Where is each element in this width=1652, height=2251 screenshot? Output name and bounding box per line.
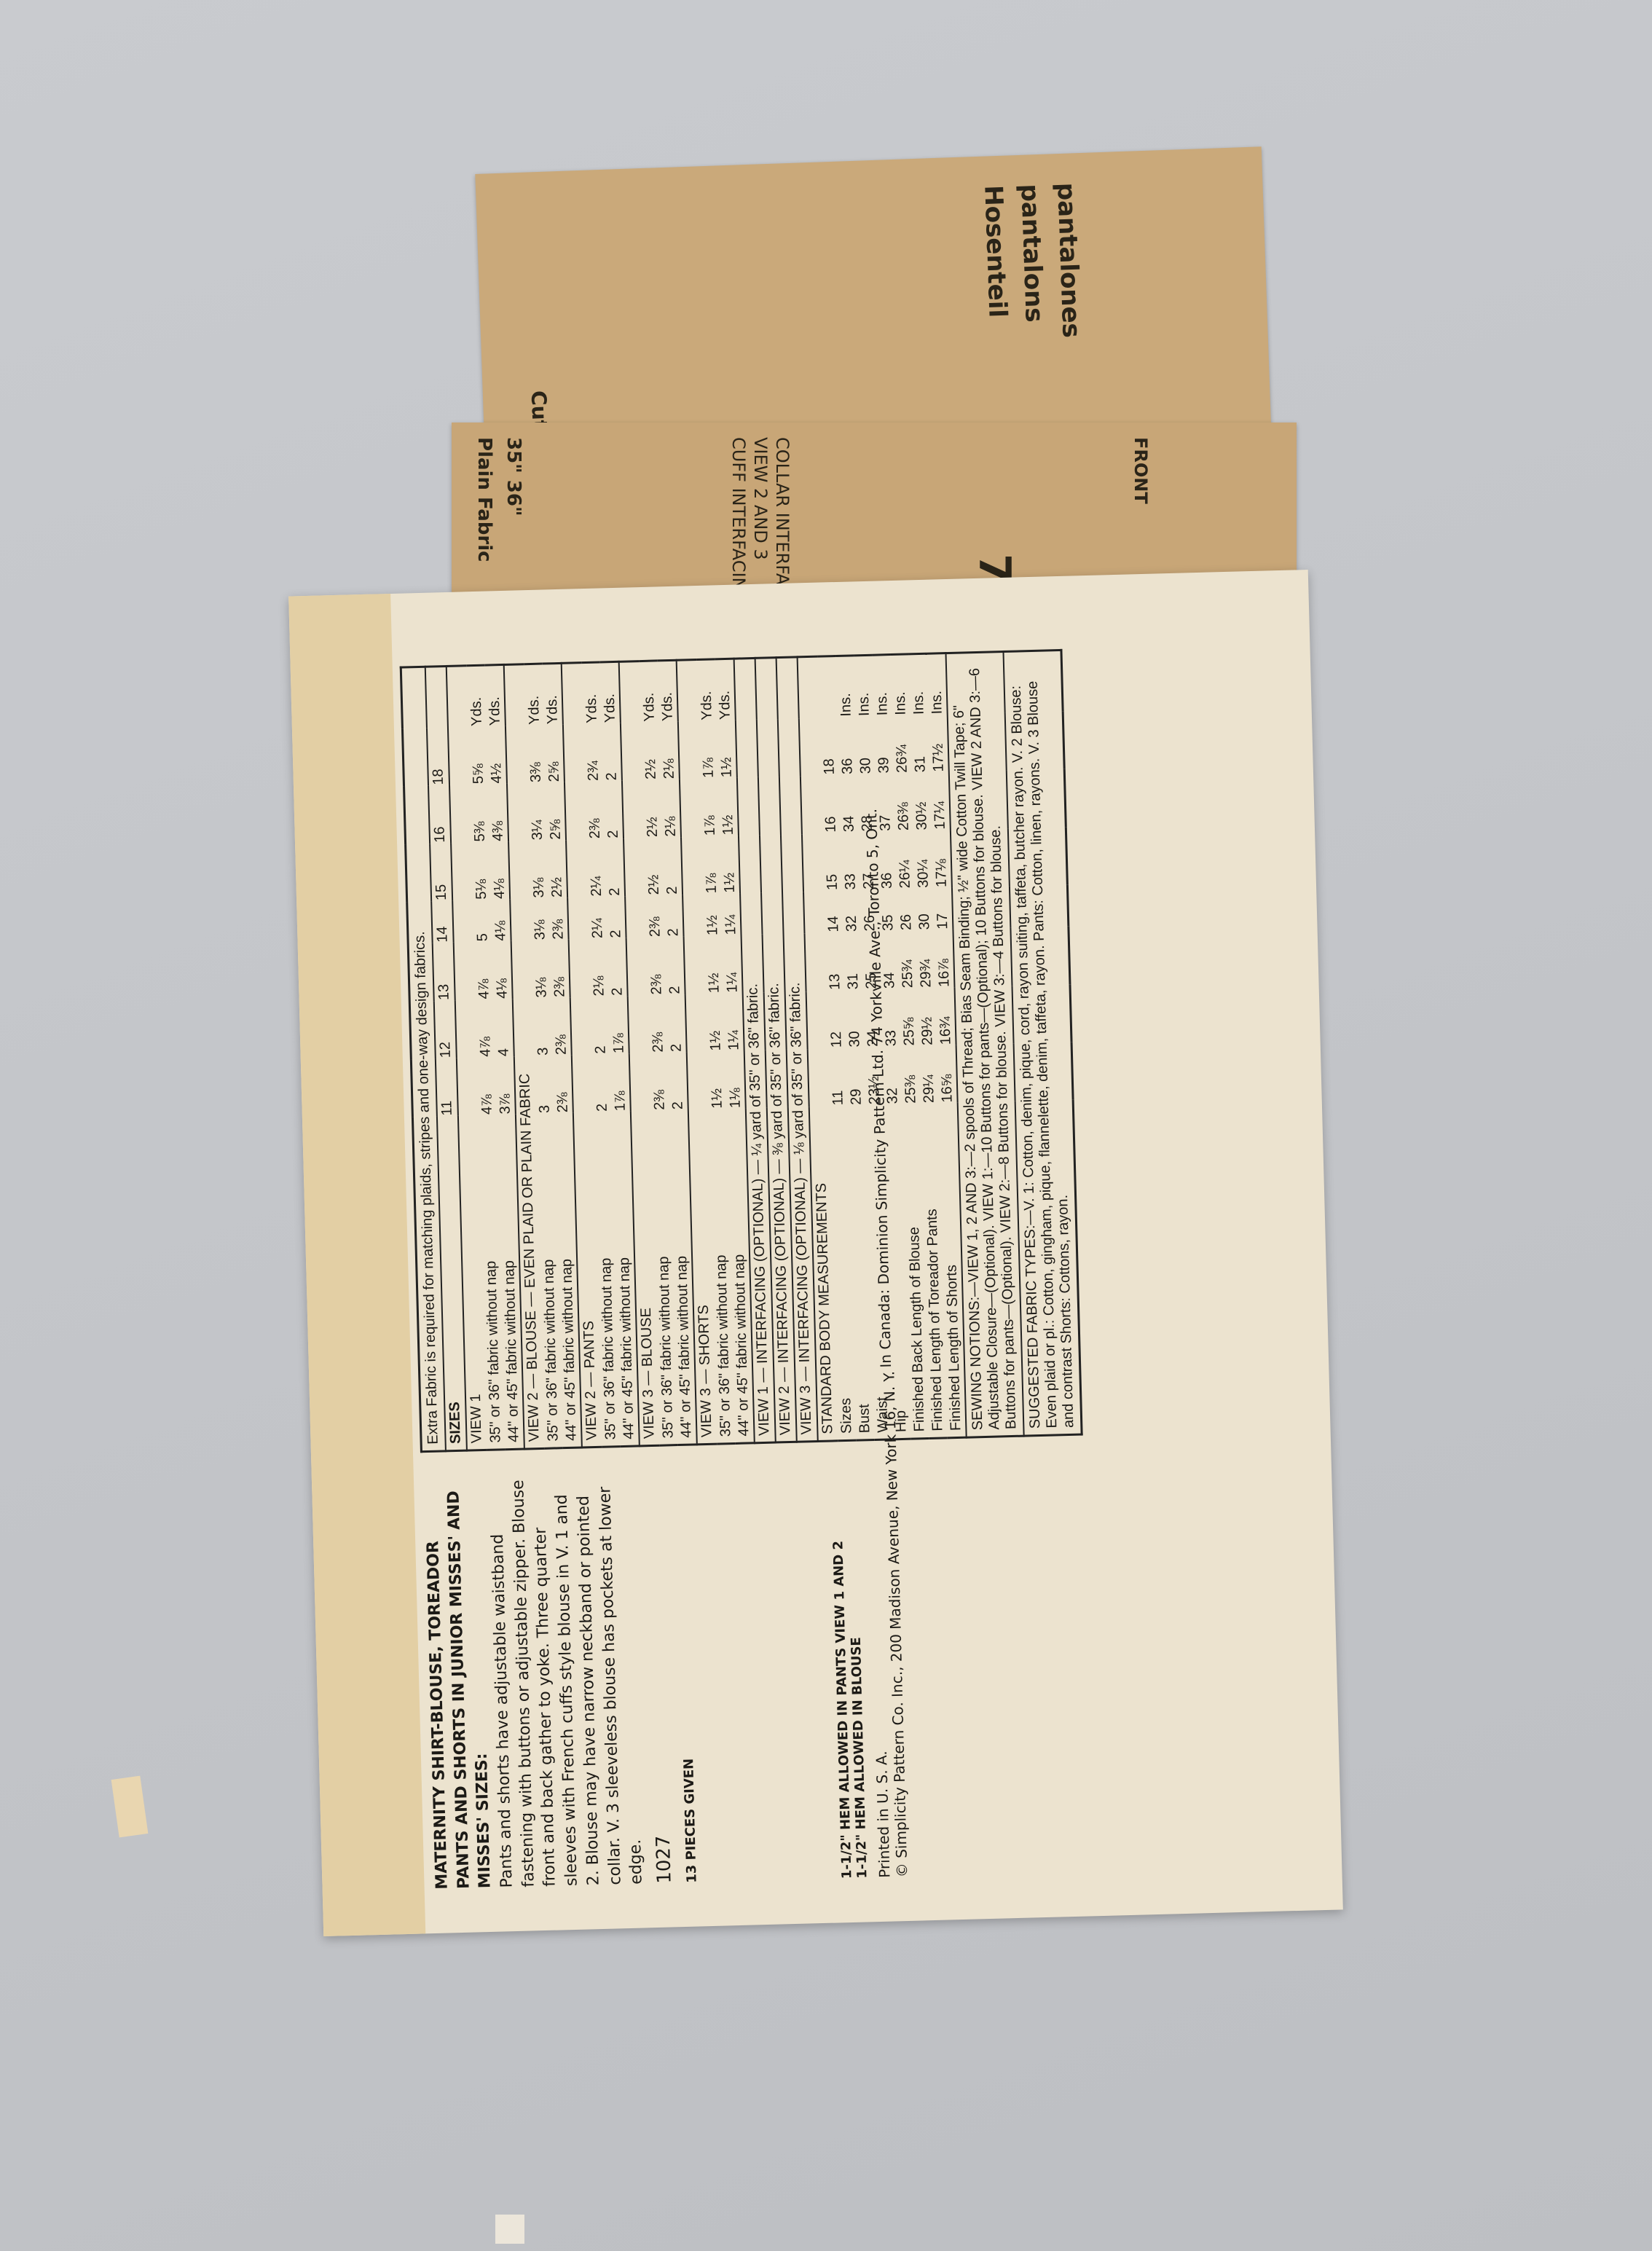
tissue-label: VIEW 2 AND 3: [750, 437, 771, 560]
size-header: 14: [431, 901, 454, 943]
size-header: 16: [428, 785, 451, 844]
tissue-label: pantalones: [1051, 182, 1085, 338]
pattern-description-text: Pants and shorts have adjustable waistba…: [486, 1477, 648, 1888]
pattern-title: MATERNITY SHIRT-BLOUSE, TOREADOR PANTS A…: [421, 1480, 497, 1890]
tissue-label: pantalons: [1015, 184, 1049, 323]
size-header: 11: [436, 1058, 458, 1117]
tissue-label: CUFF INTERFACING: [728, 437, 749, 604]
tissue-label: 35" 36": [503, 437, 524, 516]
yardage-table: Extra Fabric is required for matching pl…: [400, 649, 1083, 1453]
tissue-label: FRONT: [1130, 437, 1151, 504]
pieces-given: 13 PIECES GIVEN: [673, 1475, 701, 1883]
tissue-label: Plain Fabric: [473, 437, 495, 562]
size-header: 18: [427, 728, 449, 786]
size-header: 15: [430, 843, 452, 901]
pattern-description: MATERNITY SHIRT-BLOUSE, TOREADOR PANTS A…: [421, 1475, 701, 1890]
pattern-number: 1027: [642, 1475, 678, 1884]
pattern-envelope: MATERNITY SHIRT-BLOUSE, TOREADOR PANTS A…: [288, 570, 1343, 1936]
tissue-label: Hosenteil: [978, 184, 1012, 318]
paper-scrap: [495, 2215, 524, 2244]
size-header: 13: [433, 943, 455, 1001]
size-header: 12: [434, 1001, 457, 1059]
